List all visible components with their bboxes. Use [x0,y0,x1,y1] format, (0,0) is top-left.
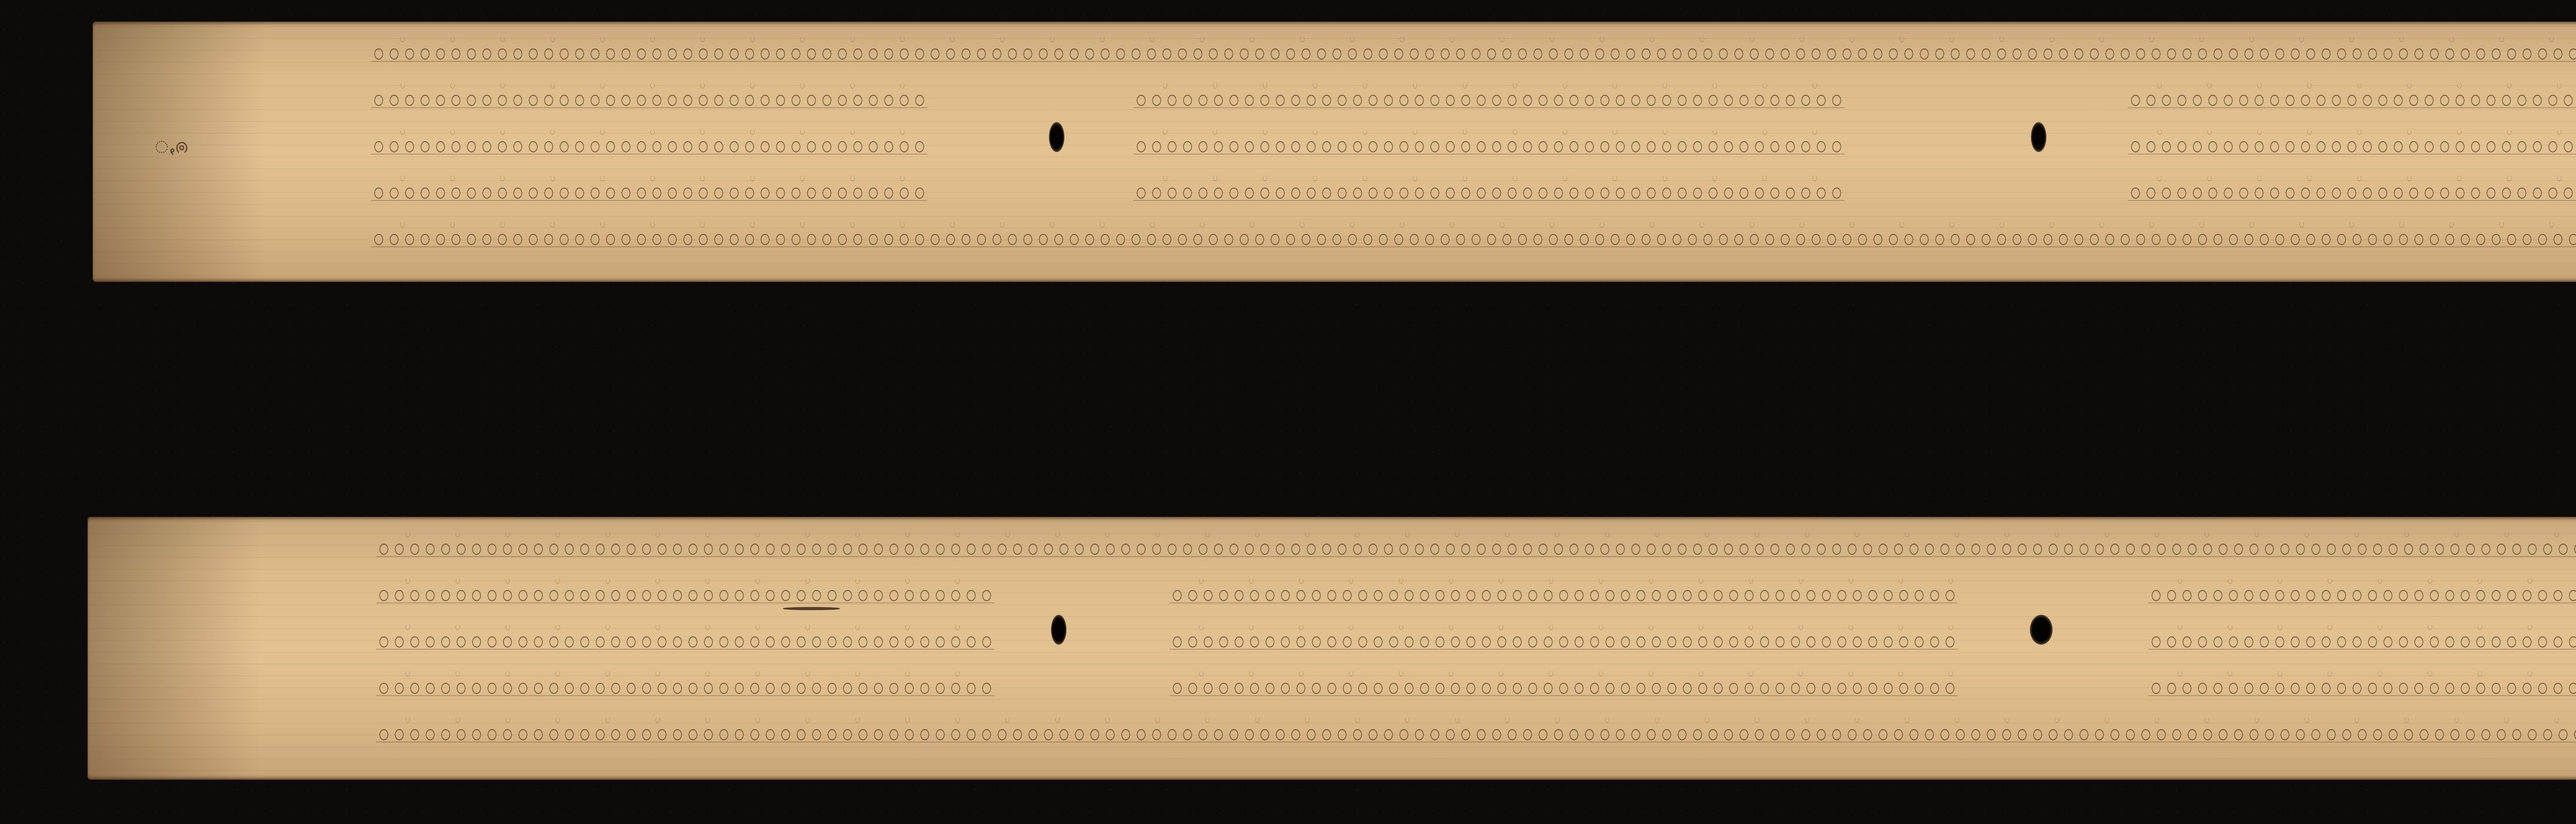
ink-stroke-mark [783,607,840,610]
text-line: ပဋိစ္စ သမုပ္ပါဒ [1133,176,1844,207]
text-line: ပဒ္ဓါန ပဋိသမ္ဘိဒါ [376,532,2576,563]
text-line: မေတ္တာ ကရုဏာ [2148,671,2576,702]
text-line: ဧညာ ဗုဒ္ဓ သာသနာ [371,37,2576,68]
string-hole-left [1051,615,1066,645]
upper-palm-leaf: ꩻၐ ဧညာ ဗုဒ္ဓ သာသနာ ဣတ္ထိ ဝေဒနာ သဒ္ဓါ ပသာ… [93,22,2576,282]
text-line: သီလ သမာဓိ ပညာ [1170,671,1958,702]
text-line: ဣတ္ထိ ဝေဒနာ [371,83,927,114]
text-line: ပဌမ ဈာန ပဋိလာဘ [1133,83,1844,114]
text-line: ယသ္မိံ သမယေ [2128,130,2576,161]
text-line: ယောဂ ဘာဝနာ [371,176,927,207]
text-line: ဝိမုတ္တိ ဉာဏ ဒဿန [376,671,994,702]
lower-palm-leaf: ပဒ္ဓါန ပဋိသမ္ဘိဒါ ယတ္ထ ဝိသုဒ္ဓိ ဂန္ဓ ယထာ… [88,517,2576,780]
string-hole-right [2031,122,2046,152]
text-line: ဗြဟ္မ ဝိဟာရ [2148,625,2576,656]
text-line: ဧဝံ မေ သုတံ ဧကံ သမယံ [371,223,2576,254]
text-line: ဂန္ဓ ယထာ ဘူတံ [376,625,994,656]
text-line: ဗုဒ္ဓ ဓမ္မ သံဃ [2148,579,2576,610]
string-hole-right [2030,615,2053,645]
text-line: ယတ္ထ ဝိသုဒ္ဓိ [376,579,994,610]
folio-number: ꩻၐ [155,130,189,164]
text-line: ဝိဘင်္ဂ ပါဠိ [1133,130,1844,161]
text-line: သဒ္ဓါ ပသာဒ [371,130,927,161]
text-line: ဝိတက္က ဝိစာရ [1170,625,1958,656]
text-line: ဝေဒနာက္ခန္ဓ [2128,176,2576,207]
text-line: ကာမာဝစရ ကုသလ စိတ္တံ [376,718,2576,749]
text-line: နန္ဒ ဝတ္ထု သမ္ဗုဒ္ဓ [2128,83,2576,114]
string-hole-left [1049,122,1064,152]
text-line: သမ္မာ သမ္ဗုဒ္ဓ ဘာသိတ [1170,579,1958,610]
